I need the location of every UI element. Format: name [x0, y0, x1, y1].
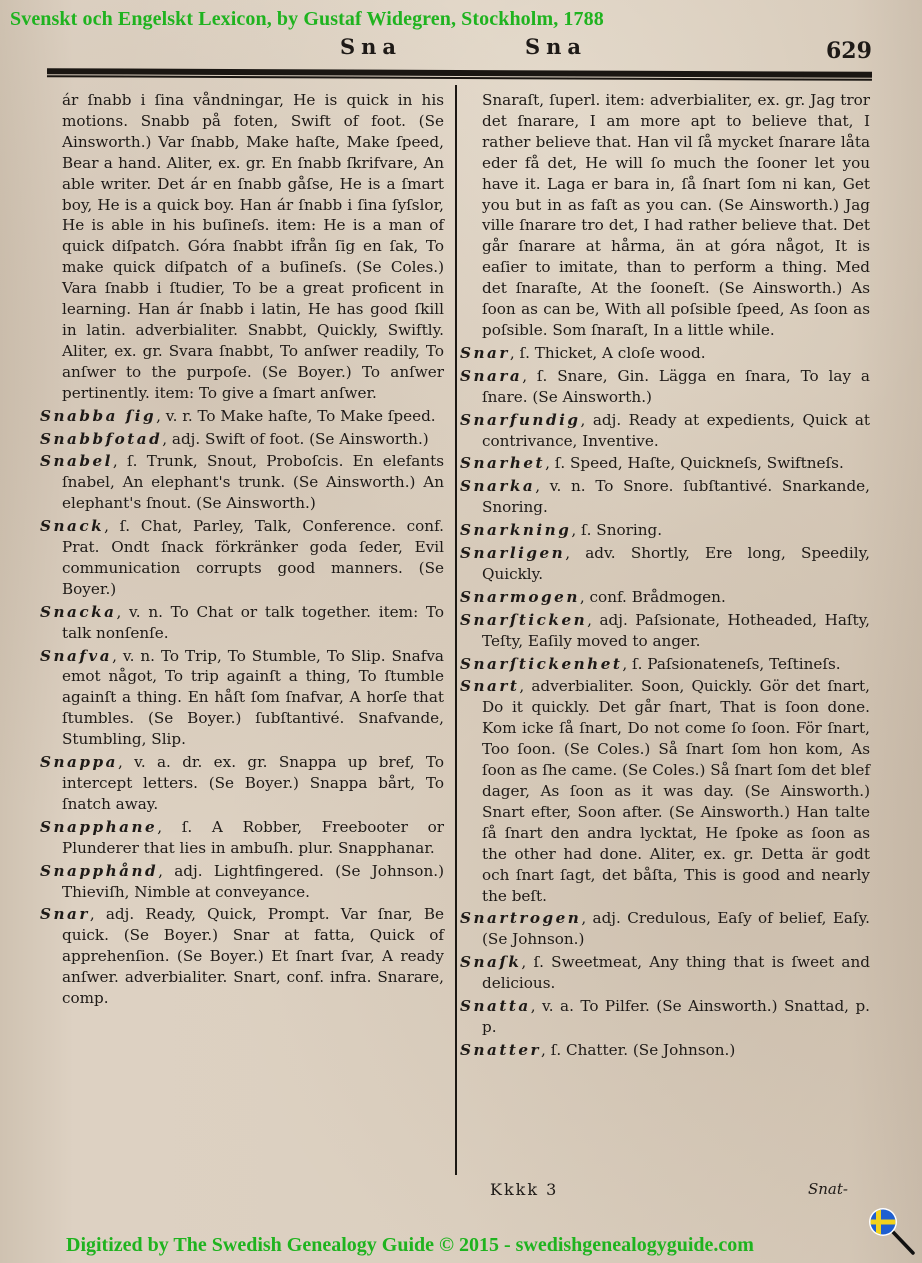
entry-headword: Snartrogen [460, 909, 581, 927]
entry-headword: Snarſticken [460, 611, 587, 629]
entry-definition: , v. a. dr. ex. gr. Snappa up bref, To i… [62, 753, 444, 813]
watermark-title: Svenskt och Engelskt Lexicon, by Gustaf … [10, 8, 604, 31]
header-rule [47, 68, 872, 81]
dictionary-entry: Snarmogen, conf. Brådmogen. [460, 587, 870, 608]
dictionary-entry: Snabba ſig, v. r. To Make haſte, To Make… [40, 406, 444, 427]
entry-headword: Snacka [40, 603, 116, 621]
entry-definition: , ſ. Thicket, A cloſe wood. [510, 344, 706, 362]
entry-definition: , ſ. Snare, Gin. Lägga en ſnara, To lay … [482, 367, 870, 406]
entry-headword: Snafva [40, 647, 112, 665]
entry-headword: Snack [40, 517, 104, 535]
dictionary-entry: Snara, ſ. Snare, Gin. Lägga en ſnara, To… [460, 366, 870, 408]
dictionary-entry: Snarka, v. n. To Snore. ſubſtantivé. Sna… [460, 476, 870, 518]
entry-headword: Snara [460, 367, 522, 385]
entry-headword: Snar [40, 905, 90, 923]
entry-definition: , ſ. Snoring. [571, 521, 662, 539]
entry-definition: , ſ. Paſsionateneſs, Teſtineſs. [622, 655, 840, 673]
entry-headword: Snarligen [460, 544, 565, 562]
signature-mark: Kkkk 3 [490, 1180, 558, 1199]
dictionary-entry: Snarligen, adv. Shortly, Ere long, Speed… [460, 543, 870, 585]
dictionary-entry: Snapphånd, adj. Lightfingered. (Se Johns… [40, 861, 444, 903]
dictionary-entry: Snapphane, ſ. A Robber, Freebooter or Pl… [40, 817, 444, 859]
entry-definition: , ſ. Speed, Haſte, Quickneſs, Swiftneſs. [545, 454, 844, 472]
dictionary-entry: Snabel, ſ. Trunk, Snout, Proboſcis. En e… [40, 451, 444, 514]
entry-definition: , v. a. To Pilfer. (Se Ainsworth.) Snatt… [482, 997, 870, 1036]
column-divider [455, 85, 457, 1175]
entry-headword: Snart [460, 677, 519, 695]
entry-headword: Snarſtickenhet [460, 655, 622, 673]
dictionary-entry: Snappa, v. a. dr. ex. gr. Snappa up bref… [40, 752, 444, 815]
entry-headword: Snabba ſig [40, 407, 156, 425]
dictionary-entry: Snarkning, ſ. Snoring. [460, 520, 870, 541]
entry-headword: Snarka [460, 477, 535, 495]
entry-headword: Snappa [40, 753, 118, 771]
dictionary-entry: Snatta, v. a. To Pilfer. (Se Ainsworth.)… [460, 996, 870, 1038]
running-head-left: Sna [340, 34, 402, 59]
watermark-credit: Digitized by The Swedish Genealogy Guide… [66, 1234, 754, 1257]
left-column: ár ſnabb i ſina våndningar, He is quick … [40, 90, 444, 1011]
dictionary-entry: Snatter, ſ. Chatter. (Se Johnson.) [460, 1040, 870, 1061]
dictionary-entry: Snartrogen, adj. Credulous, Eaſy of beli… [460, 908, 870, 950]
entry-definition: , adj. Swift of foot. (Se Ainsworth.) [162, 430, 428, 448]
dictionary-entry: Snarhet, ſ. Speed, Haſte, Quickneſs, Swi… [460, 453, 870, 474]
entry-definition: , adverbialiter. Soon, Quickly. Gör det … [482, 677, 870, 904]
dictionary-entry: Snar, adj. Ready, Quick, Prompt. Var ſna… [40, 904, 444, 1009]
entry-definition: , v. n. To Snore. ſubſtantivé. Snarkande… [482, 477, 870, 516]
entry-definition: , conf. Brådmogen. [580, 588, 726, 606]
dictionary-entry: Snabbfotad, adj. Swift of foot. (Se Ains… [40, 429, 444, 450]
dictionary-entry: Snafva, v. n. To Trip, To Stumble, To Sl… [40, 646, 444, 751]
entry-continuation: ár ſnabb i ſina våndningar, He is quick … [40, 90, 444, 404]
entry-definition: , adj. Ready, Quick, Prompt. Var ſnar, B… [62, 905, 444, 1007]
dictionary-entry: Snaſk, ſ. Sweetmeat, Any thing that is ſ… [460, 952, 870, 994]
dictionary-entry: Snart, adverbialiter. Soon, Quickly. Gör… [460, 676, 870, 906]
entry-headword: Snapphane [40, 818, 157, 836]
entry-definition: , v. n. To Chat or talk together. item: … [62, 603, 444, 642]
page-number: 629 [826, 38, 872, 64]
entry-headword: Snatter [460, 1041, 541, 1059]
running-head-right: Sna [525, 34, 587, 59]
entry-headword: Snatta [460, 997, 531, 1015]
catchword: Snat- [808, 1180, 848, 1198]
entry-continuation: Snaraſt, ſuperl. item: adverbialiter, ex… [460, 90, 870, 341]
entry-headword: Snarfundig [460, 411, 580, 429]
entry-definition: , ſ. Chatter. (Se Johnson.) [541, 1041, 735, 1059]
entry-definition: , v. n. To Trip, To Stumble, To Slip. Sn… [62, 647, 444, 749]
dictionary-entry: Snacka, v. n. To Chat or talk together. … [40, 602, 444, 644]
entry-headword: Snarhet [460, 454, 545, 472]
entry-definition: , ſ. Trunk, Snout, Proboſcis. En elefant… [62, 452, 444, 512]
right-entry-list: Snar, ſ. Thicket, A cloſe wood.Snara, ſ.… [460, 343, 870, 1061]
entry-definition: , ſ. Sweetmeat, Any thing that is ſweet … [482, 953, 870, 992]
dictionary-entry: Snack, ſ. Chat, Parley, Talk, Conference… [40, 516, 444, 600]
entry-headword: Snar [460, 344, 510, 362]
swedish-flag-magnifier-icon[interactable] [866, 1205, 918, 1257]
entry-headword: Snaſk [460, 953, 521, 971]
running-head: Sna Sna 629 [0, 34, 922, 66]
entry-headword: Snabel [40, 452, 113, 470]
entry-definition: , ſ. Chat, Parley, Talk, Conference. con… [62, 517, 444, 598]
entry-headword: Snabbfotad [40, 430, 162, 448]
left-entry-list: Snabba ſig, v. r. To Make haſte, To Make… [40, 406, 444, 1009]
entry-definition: , v. r. To Make haſte, To Make ſpeed. [156, 407, 436, 425]
dictionary-entry: Snarſtickenhet, ſ. Paſsionateneſs, Teſti… [460, 654, 870, 675]
dictionary-entry: Snarfundig, adj. Ready at expedients, Qu… [460, 410, 870, 452]
dictionary-entry: Snarſticken, adj. Paſsionate, Hotheaded,… [460, 610, 870, 652]
entry-headword: Snapphånd [40, 862, 158, 880]
entry-headword: Snarkning [460, 521, 571, 539]
right-column: Snaraſt, ſuperl. item: adverbialiter, ex… [460, 90, 870, 1063]
dictionary-entry: Snar, ſ. Thicket, A cloſe wood. [460, 343, 870, 364]
entry-headword: Snarmogen [460, 588, 580, 606]
